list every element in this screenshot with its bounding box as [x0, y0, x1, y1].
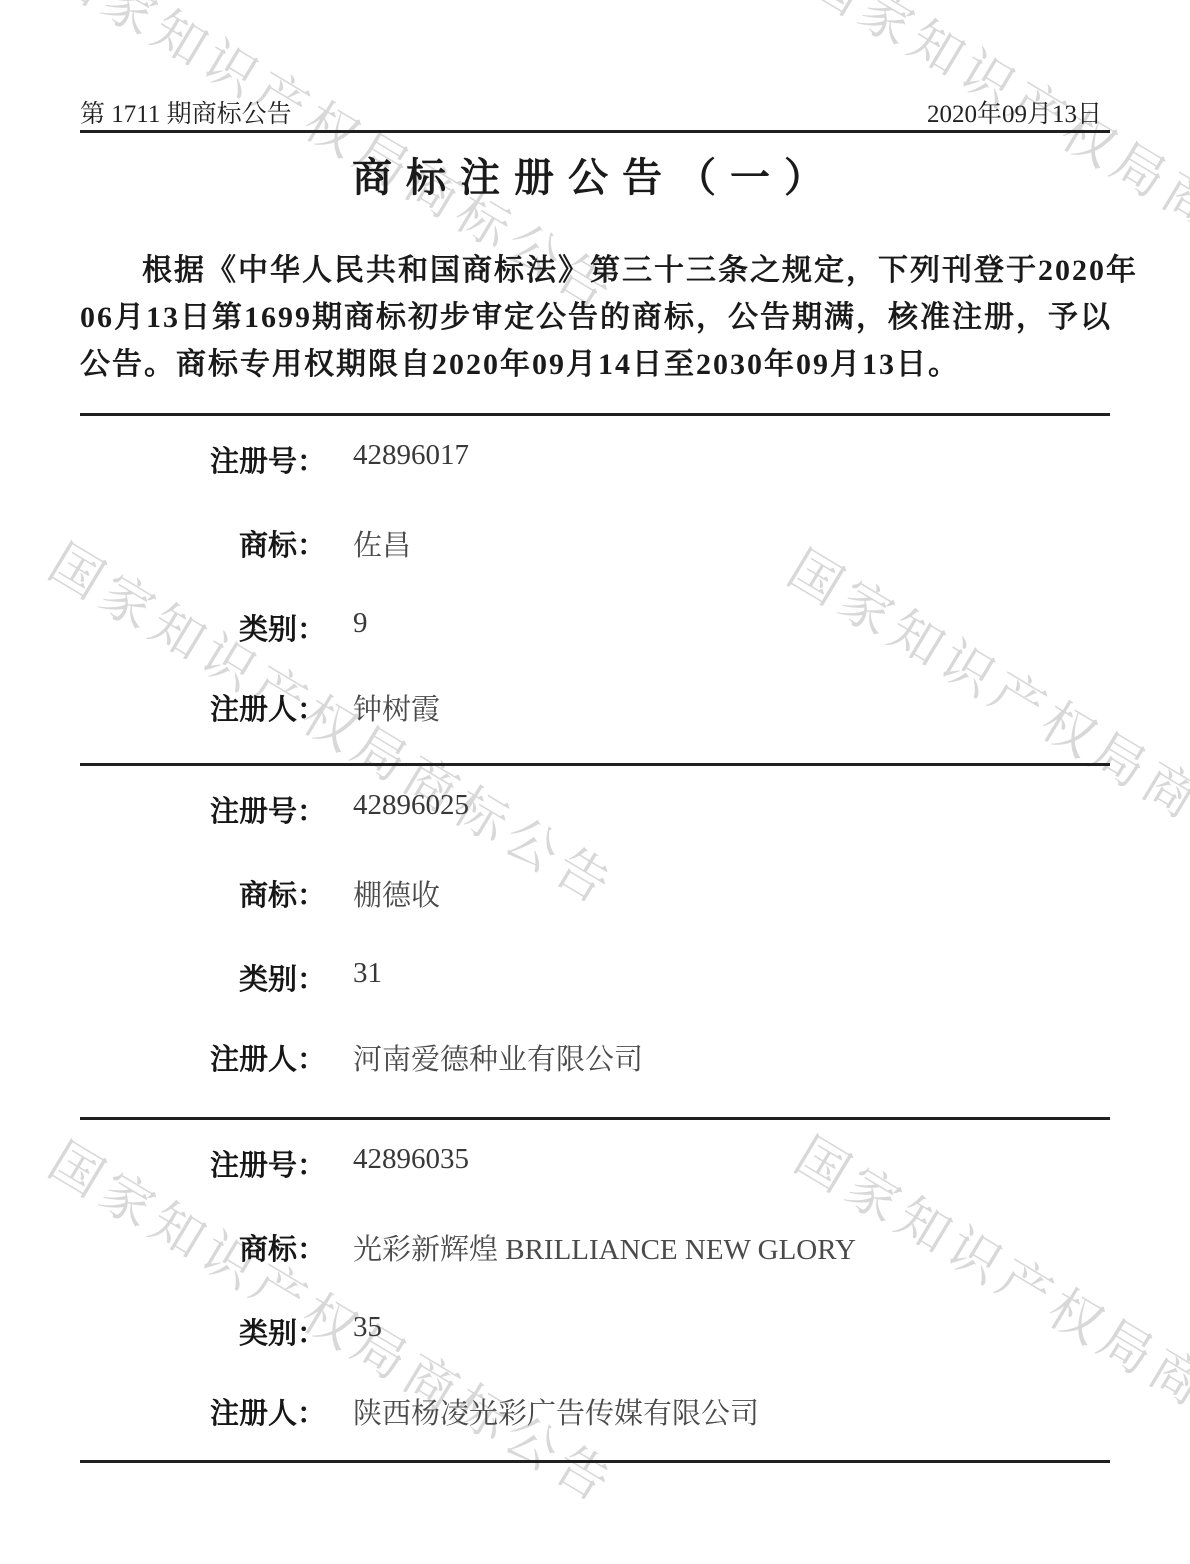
reg-no-label: 注册号： — [80, 439, 326, 480]
record-row-class: 类别： 9 — [0, 607, 1190, 641]
intro-paragraph: 根据《中华人民共和国商标法》第三十三条之规定，下列刊登于2020年 06月13日… — [80, 247, 1114, 388]
owner-label: 注册人： — [80, 1391, 326, 1432]
reg-no-value: 42896035 — [353, 1143, 469, 1176]
trademark-record: 注册号： 42896035 商标： 光彩新辉煌 BRILLIANCE NEW G… — [0, 1117, 1190, 1467]
owner-label: 注册人： — [80, 687, 326, 728]
record-row-mark: 商标： 佐昌 — [0, 523, 1190, 557]
mark-label: 商标： — [80, 873, 326, 914]
record-row-owner: 注册人： 陕西杨凌光彩广告传媒有限公司 — [0, 1391, 1190, 1425]
content-layer: 第 1711 期商标公告 2020年09月13日 商标注册公告（一） 根据《中华… — [0, 0, 1190, 1564]
class-label: 类别： — [80, 957, 326, 998]
record-row-reg-no: 注册号： 42896035 — [0, 1143, 1190, 1177]
class-label: 类别： — [80, 1311, 326, 1352]
trademark-record: 注册号： 42896017 商标： 佐昌 类别： 9 注册人： 钟树霞 — [0, 413, 1190, 763]
owner-value: 陕西杨凌光彩广告传媒有限公司 — [353, 1391, 759, 1432]
header-date: 2020年09月13日 — [927, 94, 1102, 130]
header-rule — [80, 130, 1110, 133]
record-row-mark: 商标： 棚德收 — [0, 873, 1190, 907]
mark-value: 光彩新辉煌 BRILLIANCE NEW GLORY — [353, 1227, 856, 1268]
intro-line-1: 根据《中华人民共和国商标法》第三十三条之规定，下列刊登于2020年 — [80, 247, 1114, 294]
reg-no-value: 42896017 — [353, 439, 469, 472]
mark-label: 商标： — [80, 523, 326, 564]
mark-value: 棚德收 — [353, 873, 440, 914]
class-value: 9 — [353, 607, 368, 640]
trademark-record: 注册号： 42896025 商标： 棚德收 类别： 31 注册人： 河南爱德种业… — [0, 763, 1190, 1113]
reg-no-value: 42896025 — [353, 789, 469, 822]
mark-value: 佐昌 — [353, 523, 411, 564]
mark-label: 商标： — [80, 1227, 326, 1268]
owner-label: 注册人： — [80, 1037, 326, 1078]
gazette-page: { "watermark": { "text": "国家知识产权局商标公告", … — [0, 0, 1190, 1564]
record-row-reg-no: 注册号： 42896025 — [0, 789, 1190, 823]
class-value: 35 — [353, 1311, 382, 1344]
class-label: 类别： — [80, 607, 326, 648]
record-row-class: 类别： 31 — [0, 957, 1190, 991]
record-row-class: 类别： 35 — [0, 1311, 1190, 1345]
record-row-reg-no: 注册号： 42896017 — [0, 439, 1190, 473]
owner-value: 钟树霞 — [353, 687, 440, 728]
class-value: 31 — [353, 957, 382, 990]
owner-value: 河南爱德种业有限公司 — [353, 1037, 643, 1078]
page-title: 商标注册公告（一） — [0, 146, 1190, 203]
reg-no-label: 注册号： — [80, 1143, 326, 1184]
record-row-owner: 注册人： 河南爱德种业有限公司 — [0, 1037, 1190, 1071]
record-row-owner: 注册人： 钟树霞 — [0, 687, 1190, 721]
intro-line-3: 公告。商标专用权期限自2020年09月14日至2030年09月13日。 — [80, 341, 1114, 388]
record-row-mark: 商标： 光彩新辉煌 BRILLIANCE NEW GLORY — [0, 1227, 1190, 1261]
reg-no-label: 注册号： — [80, 789, 326, 830]
intro-line-2: 06月13日第1699期商标初步审定公告的商标，公告期满，核准注册，予以 — [80, 294, 1114, 341]
header-issue-number: 第 1711 期商标公告 — [80, 94, 292, 130]
